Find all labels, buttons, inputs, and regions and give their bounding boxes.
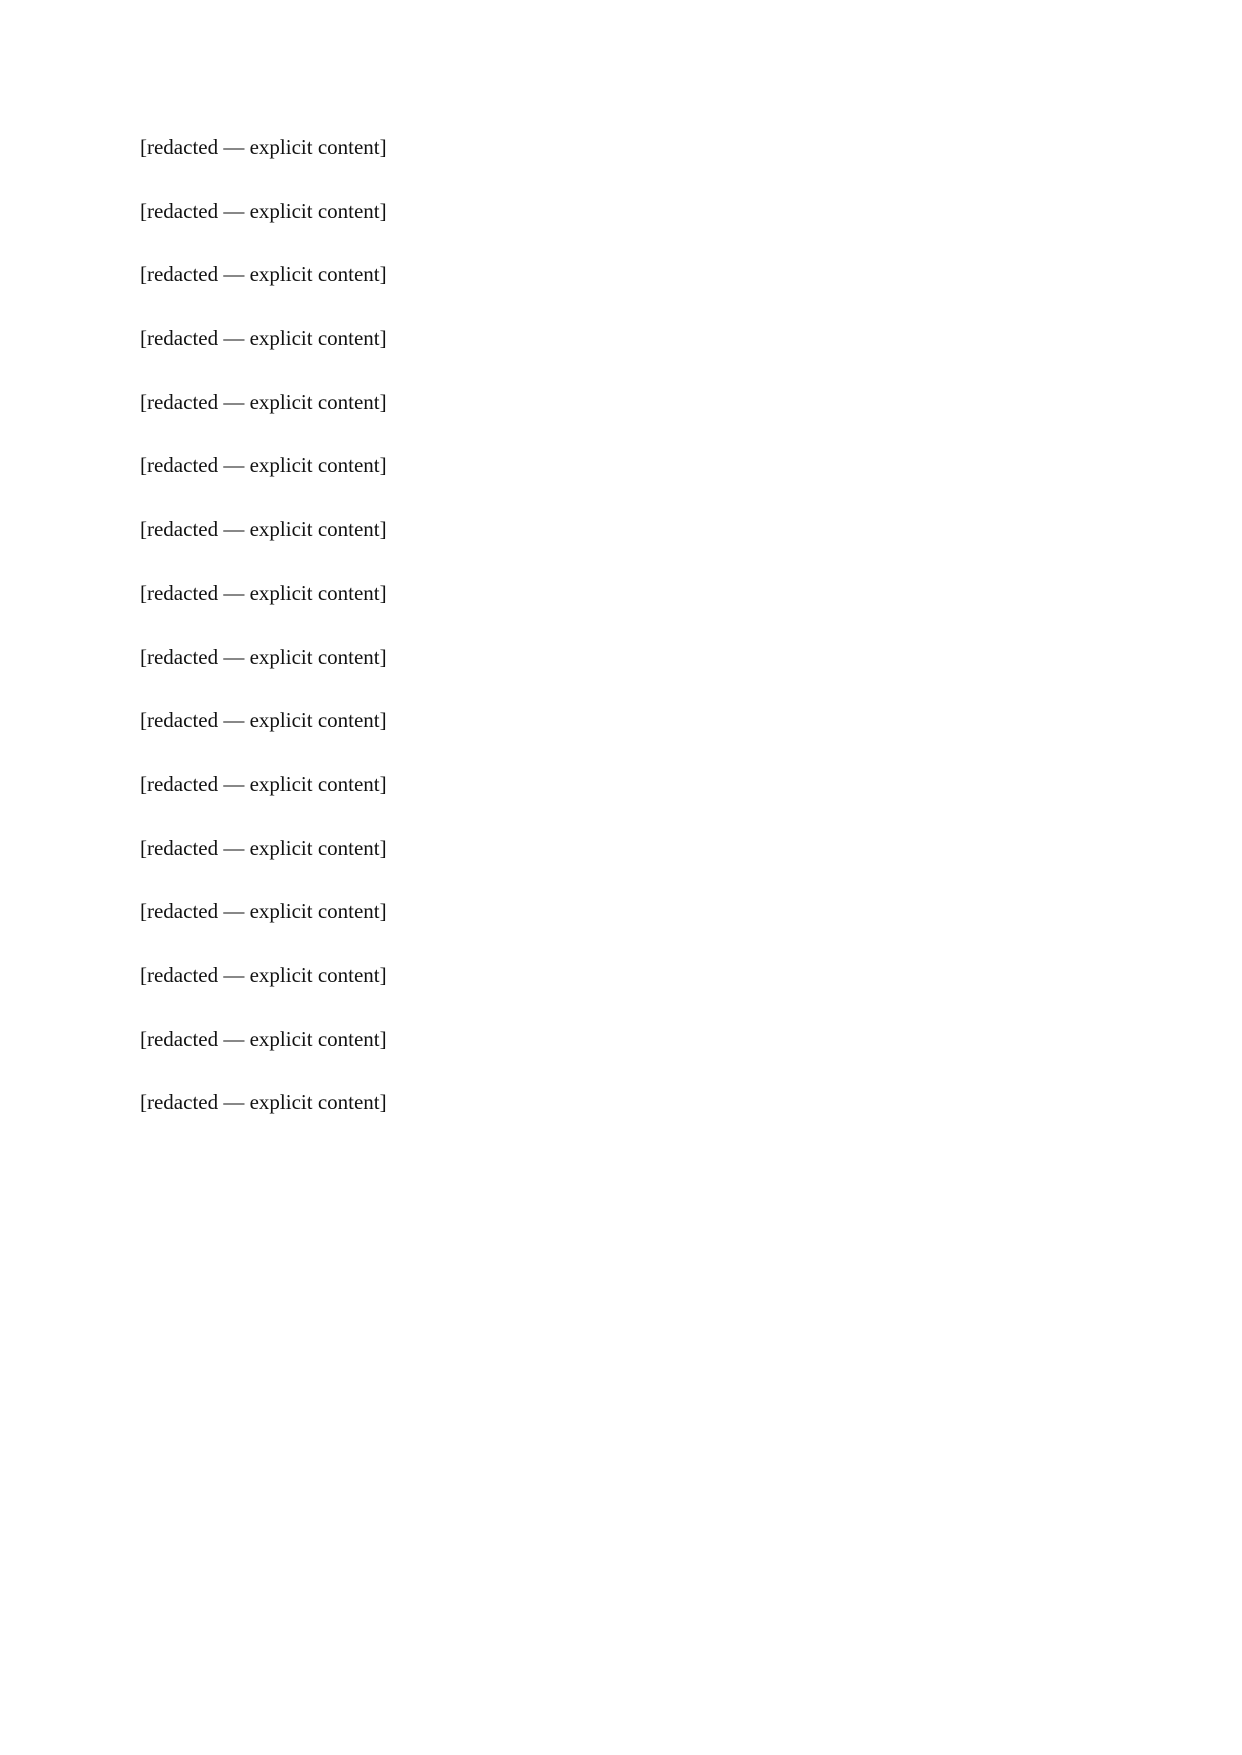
dialogue-paragraph: [redacted — explicit content] (140, 1022, 1102, 1058)
dialogue-paragraph: [redacted — explicit content] (140, 894, 1102, 930)
document-page: [redacted — explicit content][redacted —… (0, 0, 1242, 1755)
dialogue-paragraph: [redacted — explicit content] (140, 640, 1102, 676)
dialogue-paragraph: [redacted — explicit content] (140, 194, 1102, 230)
dialogue-paragraph: [redacted — explicit content] (140, 321, 1102, 357)
narration-paragraph: [redacted — explicit content] (140, 130, 1102, 166)
narration-paragraph: [redacted — explicit content] (140, 385, 1102, 421)
narration-paragraph: [redacted — explicit content] (140, 958, 1102, 994)
dialogue-paragraph: [redacted — explicit content] (140, 448, 1102, 484)
narration-paragraph: [redacted — explicit content] (140, 257, 1102, 293)
narration-paragraph: [redacted — explicit content] (140, 512, 1102, 548)
narration-paragraph: [redacted — explicit content] (140, 576, 1102, 612)
narration-paragraph: [redacted — explicit content] (140, 1085, 1102, 1121)
narration-paragraph: [redacted — explicit content] (140, 703, 1102, 739)
dialogue-paragraph: [redacted — explicit content] (140, 767, 1102, 803)
narration-paragraph: [redacted — explicit content] (140, 831, 1102, 867)
